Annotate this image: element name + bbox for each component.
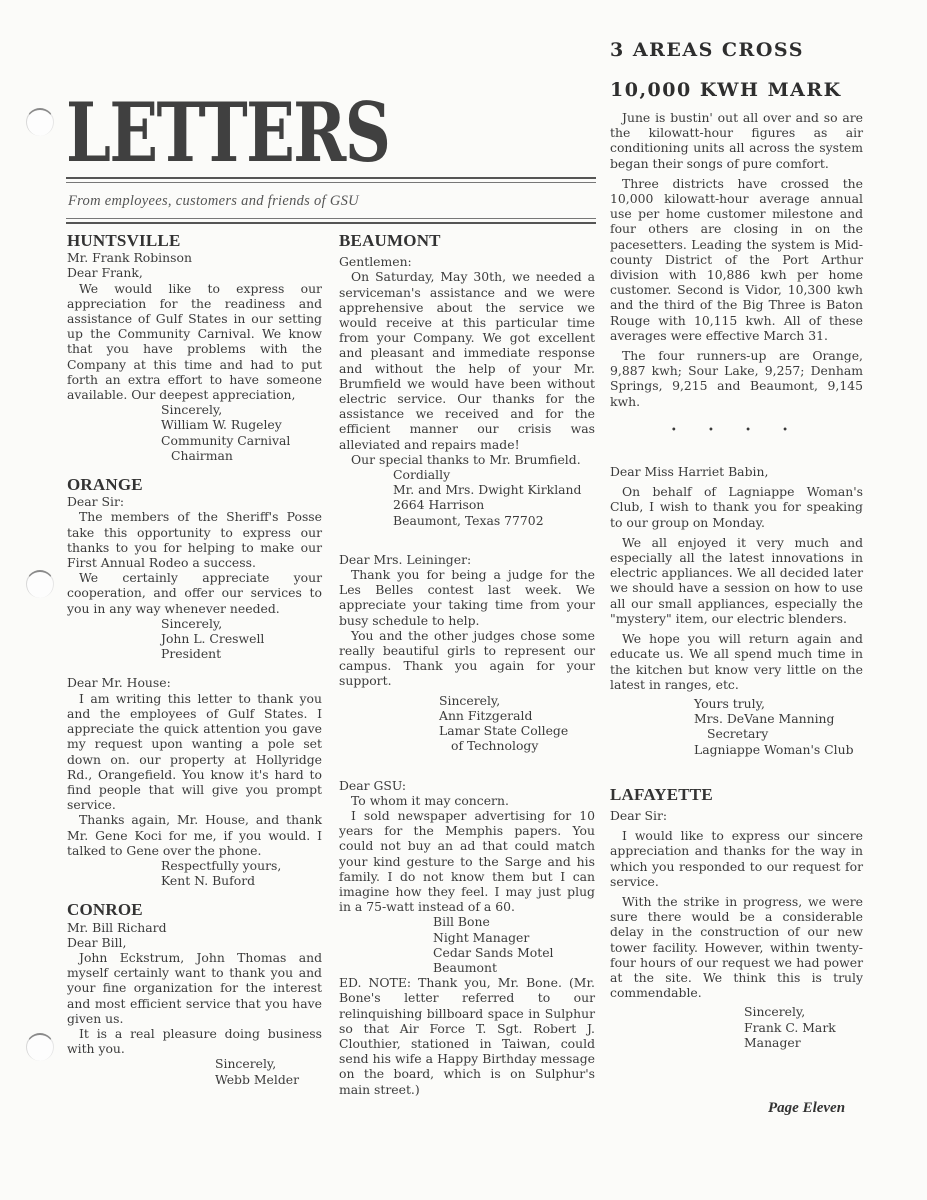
signer: Mr. and Mrs. Dwight Kirkland: [339, 482, 595, 497]
signer: William W. Rugeley: [67, 417, 322, 432]
article-paragraph: Three districts have crossed the 10,000 …: [610, 176, 863, 343]
signer: Mrs. DeVane Manning: [610, 711, 863, 726]
closing: Sincerely,: [67, 616, 322, 631]
signer: Kent N. Buford: [67, 873, 322, 888]
closing: Respectfully yours,: [67, 858, 322, 873]
salutation: Dear Sir:: [610, 808, 863, 823]
column-right: June is bustin' out all over and so are …: [610, 110, 863, 1064]
addressee: Mr. Frank Robinson: [67, 250, 322, 265]
headline-line: 3 AREAS CROSS: [610, 30, 870, 70]
page-number: Page Eleven: [768, 1100, 845, 1117]
signer-title: Lagniappe Woman's Club: [610, 742, 863, 757]
letter-paragraph: The members of the Sheriff's Posse take …: [67, 509, 322, 570]
binder-hole-top: [26, 108, 54, 136]
salutation: Dear Sir:: [67, 494, 322, 509]
signer-title: Beaumont: [339, 960, 595, 975]
letter-huntsville: HUNTSVILLE Mr. Frank Robinson Dear Frank…: [67, 233, 322, 463]
letter-paragraph: To whom it may concern.: [339, 793, 595, 808]
letter-paragraph: Thank you for being a judge for the Les …: [339, 567, 595, 628]
salutation: Gentlemen:: [339, 254, 595, 269]
divider: [66, 222, 596, 224]
letter-paragraph: I am writing this letter to thank you an…: [67, 691, 322, 813]
letter-paragraph: Our special thanks to Mr. Brumfield.: [339, 452, 595, 467]
salutation: Dear Frank,: [67, 265, 322, 280]
letter-lagniappe: Dear Miss Harriet Babin, On behalf of La…: [610, 464, 863, 757]
letter-beaumont-1: BEAUMONT Gentlemen: On Saturday, May 30t…: [339, 233, 595, 528]
letter-paragraph: We all enjoyed it very much and especial…: [610, 535, 863, 626]
signer-title: Manager: [610, 1035, 863, 1050]
binder-hole-bottom: [26, 1033, 54, 1061]
signer: Bill Bone: [339, 914, 595, 929]
letter-lafayette: LAFAYETTE Dear Sir: I would like to expr…: [610, 787, 863, 1050]
signer: Ann Fitzgerald: [339, 708, 595, 723]
section-heading: CONROE: [67, 902, 322, 917]
column-middle: BEAUMONT Gentlemen: On Saturday, May 30t…: [339, 233, 595, 1111]
signer: Frank C. Mark: [610, 1020, 863, 1035]
binder-hole-middle: [26, 570, 54, 598]
article-paragraph: The four runners-up are Orange, 9,887 kw…: [610, 348, 863, 409]
signer: Webb Melder: [67, 1072, 322, 1087]
section-separator: • • • •: [610, 423, 863, 438]
letter-paragraph: With the strike in progress, we were sur…: [610, 894, 863, 1000]
signer-title: Chairman: [67, 448, 322, 463]
letter-orange-2: Dear Mr. House: I am writing this letter…: [67, 675, 322, 888]
letter-paragraph: We would like to express our appreciatio…: [67, 281, 322, 403]
salutation: Dear Mrs. Leininger:: [339, 552, 595, 567]
column-left: HUNTSVILLE Mr. Frank Robinson Dear Frank…: [67, 233, 322, 1101]
divider: [66, 177, 596, 179]
letter-conroe: CONROE Mr. Bill Richard Dear Bill, John …: [67, 902, 322, 1086]
salutation: Dear Miss Harriet Babin,: [610, 464, 863, 479]
letter-paragraph: On Saturday, May 30th, we needed a servi…: [339, 269, 595, 451]
masthead-tagline: From employees, customers and friends of…: [66, 186, 596, 218]
signer-title: Community Carnival: [67, 433, 322, 448]
closing: Sincerely,: [610, 1004, 863, 1019]
letter-beaumont-2: Dear Mrs. Leininger: Thank you for being…: [339, 552, 595, 754]
signer-title: of Technology: [339, 738, 595, 753]
editor-note: ED. NOTE: Thank you, Mr. Bone. (Mr. Bone…: [339, 975, 595, 1097]
signer-title: President: [67, 646, 322, 661]
closing: Cordially: [339, 467, 595, 482]
masthead-title: LETTERS: [66, 96, 274, 172]
section-heading: ORANGE: [67, 477, 322, 492]
letter-paragraph: It is a real pleasure doing business wit…: [67, 1026, 322, 1056]
salutation: Dear GSU:: [339, 778, 595, 793]
letter-paragraph: I would like to express our sincere appr…: [610, 828, 863, 889]
signer-title: Cedar Sands Motel: [339, 945, 595, 960]
divider: [66, 218, 596, 219]
letter-orange-1: ORANGE Dear Sir: The members of the Sher…: [67, 477, 322, 661]
masthead-rules: From employees, customers and friends of…: [66, 177, 596, 227]
closing: Sincerely,: [339, 693, 595, 708]
signer-title: Lamar State College: [339, 723, 595, 738]
letter-paragraph: We certainly appreciate your cooperation…: [67, 570, 322, 616]
section-heading: LAFAYETTE: [610, 787, 863, 802]
letter-paragraph: John Eckstrum, John Thomas and myself ce…: [67, 950, 322, 1026]
signer-title: Night Manager: [339, 930, 595, 945]
address-line: Beaumont, Texas 77702: [339, 513, 595, 528]
closing: Yours truly,: [610, 696, 863, 711]
addressee: Mr. Bill Richard: [67, 920, 322, 935]
closing: Sincerely,: [67, 1056, 322, 1071]
letter-paragraph: Thanks again, Mr. House, and thank Mr. G…: [67, 812, 322, 858]
signer: John L. Creswell: [67, 631, 322, 646]
salutation: Dear Mr. House:: [67, 675, 322, 690]
salutation: Dear Bill,: [67, 935, 322, 950]
letter-beaumont-3: Dear GSU: To whom it may concern. I sold…: [339, 778, 595, 1097]
divider: [66, 182, 596, 183]
letter-paragraph: I sold newspaper advertising for 10 year…: [339, 808, 595, 914]
headline-line: 10,000 KWH MARK: [610, 70, 870, 110]
address-line: 2664 Harrison: [339, 497, 595, 512]
closing: Sincerely,: [67, 402, 322, 417]
article-paragraph: June is bustin' out all over and so are …: [610, 110, 863, 171]
letter-paragraph: On behalf of Lagniappe Woman's Club, I w…: [610, 484, 863, 530]
article-headline: 3 AREAS CROSS 10,000 KWH MARK: [610, 30, 870, 110]
section-heading: BEAUMONT: [339, 233, 595, 248]
letter-paragraph: You and the other judges chose some real…: [339, 628, 595, 689]
letter-paragraph: We hope you will return again and educat…: [610, 631, 863, 692]
signer-title: Secretary: [610, 726, 863, 741]
section-heading: HUNTSVILLE: [67, 233, 322, 248]
